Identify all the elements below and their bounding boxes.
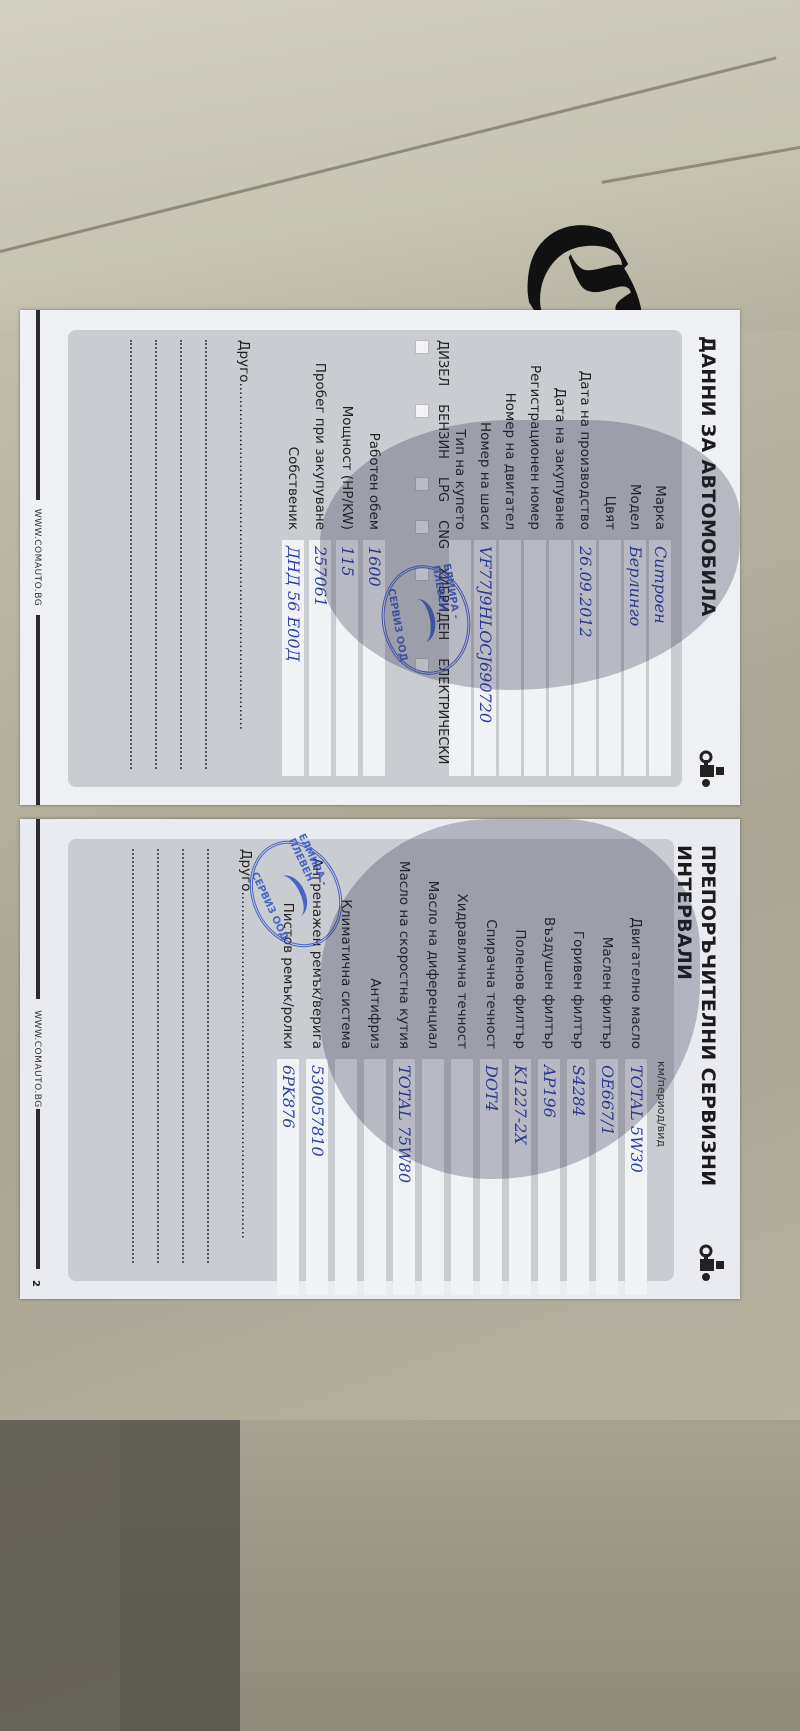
page-number: 2: [30, 1280, 41, 1287]
fuel-label: ДИЗЕЛ: [435, 340, 450, 386]
dotted-line: [155, 340, 157, 769]
title-line: ПРЕПОРЪЧИТЕЛНИ СЕРВИЗНИ: [696, 845, 720, 1186]
footer-bar: [36, 1109, 40, 1269]
dotted-line: [182, 849, 184, 1263]
field-value[interactable]: 6PK876: [277, 1059, 299, 1295]
form-row: СобственикДНД 56 Е00Д: [281, 330, 305, 776]
service-booklet: ДАННИ ЗА АВТОМОБИЛА МаркаСитроенМоделБер…: [10, 310, 740, 1310]
dotted-line: [207, 849, 209, 1263]
dotted-line: [130, 340, 132, 769]
field-label: Собственик: [285, 330, 301, 540]
page-vehicle-data: ДАННИ ЗА АВТОМОБИЛА МаркаСитроенМоделБер…: [20, 310, 740, 805]
mechanic-tools-icon: [692, 749, 726, 789]
dotted-line: [180, 340, 182, 769]
fuel-checkbox[interactable]: [415, 340, 429, 354]
dotted-line: [205, 340, 207, 769]
fuel-option: ДИЗЕЛ: [415, 340, 450, 386]
mechanic-tools-icon: [692, 1243, 726, 1283]
footer-bar: [36, 615, 40, 805]
cardboard-background: [0, 0, 800, 330]
other-label: Друго...................................…: [236, 340, 252, 730]
dotted-line: [132, 849, 134, 1263]
shadow: [0, 1420, 240, 1731]
field-value[interactable]: 530057810: [306, 1059, 328, 1295]
field-label: Пробег при закупуване: [312, 330, 328, 540]
page-service-intervals: ПРЕПОРЪЧИТЕЛНИ СЕРВИЗНИ ИНТЕРВАЛИ км/пер…: [20, 819, 740, 1299]
field-value[interactable]: ДНД 56 Е00Д: [282, 540, 304, 776]
other-label: Друго...................................…: [238, 849, 254, 1239]
fuel-checkbox[interactable]: [415, 404, 429, 418]
dotted-line: [157, 849, 159, 1263]
cardboard-seam: [602, 139, 800, 184]
